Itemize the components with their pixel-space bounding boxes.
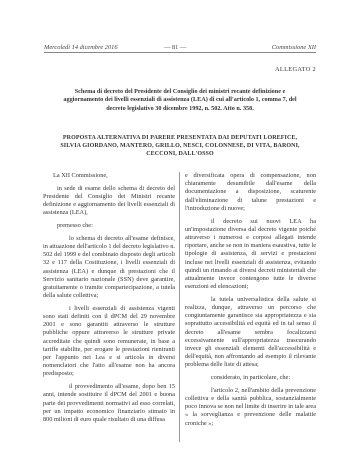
- paragraph: La XII Commissione,: [43, 172, 175, 180]
- header-rule: [44, 52, 316, 53]
- paragraph: in sede di esame dello schema di decreto…: [43, 185, 175, 218]
- document-page: Mercoledì 14 dicembre 2016 — 81 — Commis…: [0, 0, 360, 466]
- header-date: Mercoledì 14 dicembre 2016: [44, 44, 118, 51]
- paragraph: il provvedimento all'esame, dopo ben 15 …: [43, 383, 175, 424]
- paragraph: l'articolo 2, nell'ambito della prevenzi…: [185, 387, 316, 428]
- paragraph: premesso che:: [43, 222, 175, 230]
- header-page-number: — 81 —: [164, 44, 186, 51]
- header-section: Commissione XII: [272, 44, 316, 51]
- document-title: Schema di decreto del Presidente del Con…: [58, 88, 302, 113]
- paragraph: la tutela universalistica della salute s…: [185, 296, 316, 370]
- paragraph: lo schema di decreto all'esame definisce…: [43, 235, 175, 301]
- paragraph: e diversificata opera di compensazione, …: [185, 172, 316, 213]
- paragraph: i livelli essenziali di assistenza vigen…: [43, 305, 175, 379]
- paragraph: considerato, in particolare, che:: [185, 374, 316, 382]
- left-column: La XII Commissione, in sede di esame del…: [43, 172, 175, 429]
- proposal-heading: PROPOSTA ALTERNATIVA DI PARERE PRESENTAT…: [58, 134, 302, 159]
- right-column: e diversificata opera di compensazione, …: [185, 172, 316, 432]
- paragraph: il decreto sui nuovi LEA ha un'impostazi…: [185, 218, 316, 292]
- column-divider: [179, 172, 180, 442]
- allegato-label: ALLEGATO 2: [275, 66, 316, 73]
